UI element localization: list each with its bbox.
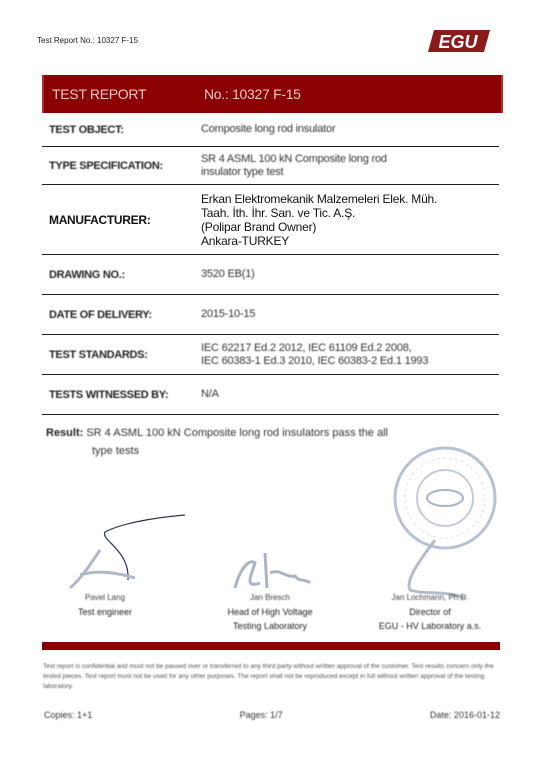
signer-head-of-lab: Jan Bresch Head of High Voltage Testing … (200, 591, 340, 633)
row-label: DRAWING NO.: (42, 269, 201, 281)
row-label: DATE OF DELIVERY: (42, 309, 201, 321)
report-title: TEST REPORT (52, 86, 202, 102)
row-value: N/A (201, 388, 499, 401)
row-manufacturer: MANUFACTURER: Erkan Elektromekanik Malze… (42, 185, 499, 255)
row-test-object: TEST OBJECT: Composite long rod insulato… (42, 113, 499, 147)
row-label: TEST STANDARDS: (42, 349, 201, 361)
row-tests-witnessed-by: TESTS WITNESSED BY: N/A (42, 375, 499, 415)
row-label: TEST OBJECT: (42, 124, 201, 136)
row-value: IEC 62217 Ed.2 2012, IEC 61109 Ed.2 2008… (201, 342, 499, 368)
svg-text:EGU: EGU (438, 32, 478, 52)
page-number: Pages: 1/7 (240, 710, 283, 720)
signer-director: Jan Lochmann, Ph.D. Director of EGU - HV… (350, 591, 510, 633)
row-label: TESTS WITNESSED BY: (42, 389, 201, 401)
report-reference: Test Report No.: 10327 F-15 (37, 36, 138, 45)
signer-test-engineer: Pavel Lang Test engineer (50, 591, 160, 619)
row-value: Erkan Elektromekanik Malzemeleri Elek. M… (201, 192, 499, 248)
report-number: No.: 10327 F-15 (204, 86, 301, 102)
egu-logo-icon: EGU (428, 28, 490, 54)
footer-divider (42, 642, 500, 650)
row-label: TYPE SPECIFICATION: (42, 160, 201, 172)
row-test-standards: TEST STANDARDS: IEC 62217 Ed.2 2012, IEC… (42, 335, 499, 375)
confidentiality-disclaimer: Test report is confidential and must not… (43, 662, 503, 692)
official-stamp-icon (390, 443, 500, 553)
row-value: Composite long rod insulator (201, 123, 499, 136)
row-date-of-delivery: DATE OF DELIVERY: 2015-10-15 (42, 295, 499, 335)
row-drawing-no: DRAWING NO.: 3520 EB(1) (42, 255, 499, 295)
row-value: 2015-10-15 (201, 308, 499, 321)
row-value: 3520 EB(1) (201, 268, 499, 281)
copies-count: Copies: 1+1 (44, 710, 92, 720)
page-footer: Copies: 1+1 Pages: 1/7 Date: 2016-01-12 (44, 710, 500, 720)
row-type-specification: TYPE SPECIFICATION: SR 4 ASML 100 kN Com… (42, 147, 499, 185)
report-date: Date: 2016-01-12 (430, 710, 500, 720)
signature-1-icon (60, 510, 200, 590)
row-value: SR 4 ASML 100 kN Composite long rodinsul… (201, 153, 499, 179)
report-banner: TEST REPORT No.: 10327 F-15 (42, 75, 503, 113)
report-details-table: TEST OBJECT: Composite long rod insulato… (42, 113, 499, 415)
row-label: MANUFACTURER: (42, 213, 201, 227)
